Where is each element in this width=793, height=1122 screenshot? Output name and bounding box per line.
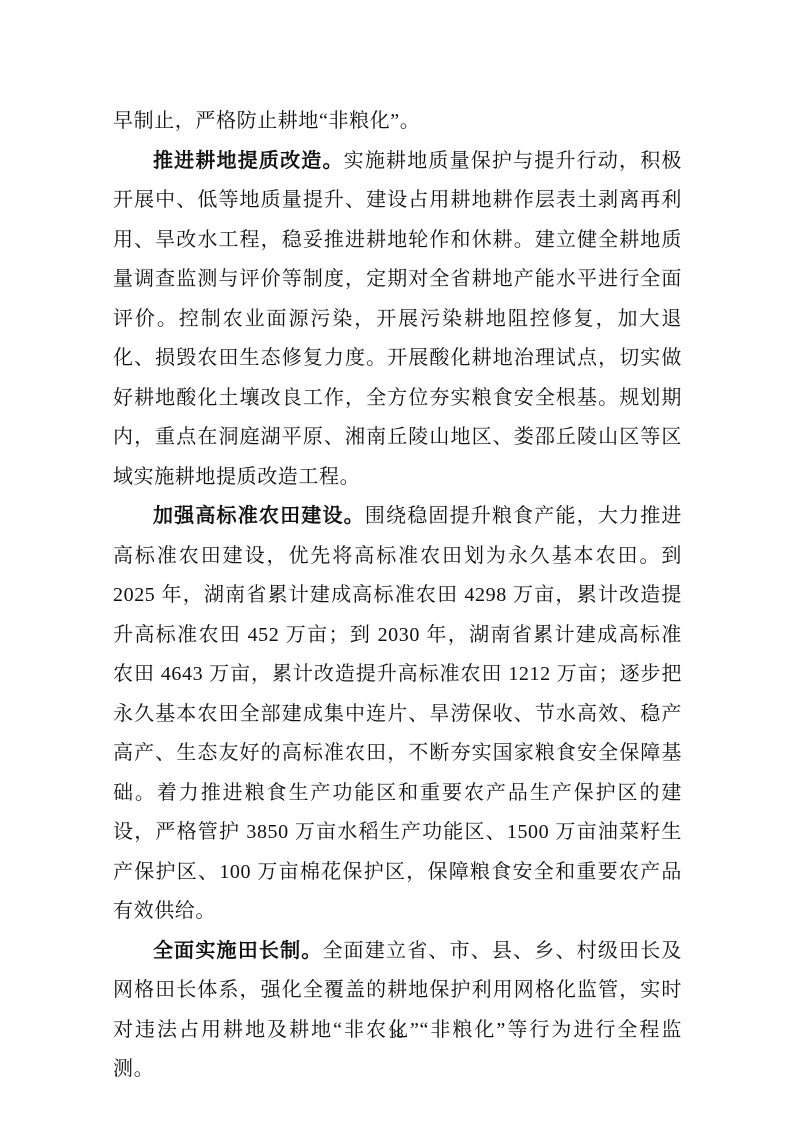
paragraph-continuation: 早制止，严格防止耕地“非粮化”。 (113, 102, 682, 142)
paragraph-text: 实施耕地质量保护与提升行动，积极开展中、低等地质量提升、建设占用耕地耕作层表土剥… (113, 150, 682, 488)
document-page: 早制止，严格防止耕地“非粮化”。 推进耕地提质改造。实施耕地质量保护与提升行动，… (0, 0, 793, 1122)
page-number: 38 (0, 1026, 793, 1044)
paragraph: 推进耕地提质改造。实施耕地质量保护与提升行动，积极开展中、低等地质量提升、建设占… (113, 142, 682, 498)
paragraph-lead: 加强高标准农田建设。 (153, 505, 365, 527)
paragraph: 加强高标准农田建设。围绕稳固提升粮食产能，大力推进高标准农田建设，优先将高标准农… (113, 497, 682, 932)
paragraph-text: 围绕稳固提升粮食产能，大力推进高标准农田建设，优先将高标准农田划为永久基本农田。… (113, 505, 682, 922)
document-body: 早制止，严格防止耕地“非粮化”。 推进耕地提质改造。实施耕地质量保护与提升行动，… (113, 102, 682, 1090)
paragraph: 全面实施田长制。全面建立省、市、县、乡、村级田长及网格田长体系，强化全覆盖的耕地… (113, 932, 682, 1090)
paragraph-lead: 全面实施田长制。 (153, 940, 322, 962)
paragraph-lead: 推进耕地提质改造。 (153, 150, 344, 172)
paragraph-text: 早制止，严格防止耕地“非粮化”。 (113, 110, 420, 132)
